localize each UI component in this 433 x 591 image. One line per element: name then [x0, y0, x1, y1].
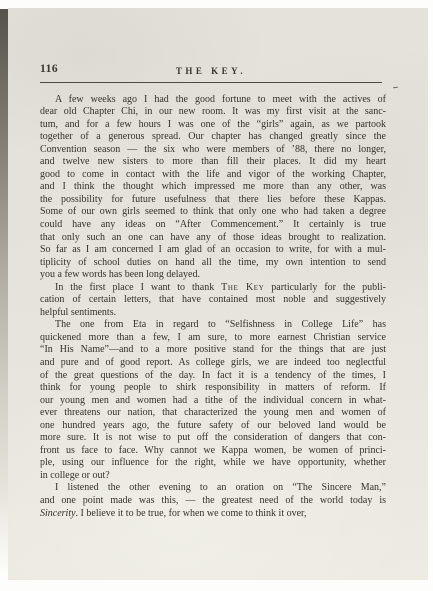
text-line: front us face to face. Why cannot we Kap… — [40, 445, 386, 458]
text-line: Sincerity. I believe it to be true, for … — [40, 508, 386, 521]
text-line: cation of certain letters, that have con… — [40, 294, 386, 307]
text-segment: that only such an one can have any of th… — [40, 232, 386, 243]
scanned-book-page-screenshot: 116 THE KEY. A few weeks ago I had the g… — [0, 0, 433, 591]
text-line: helpful sentiments. — [40, 307, 386, 320]
text-line: and one point made was this, — the great… — [40, 495, 386, 508]
text-line: that only such an one can have any of th… — [40, 232, 386, 245]
text-segment: ever threatens our nation, that characte… — [40, 407, 386, 418]
text-line: ever threatens our nation, that characte… — [40, 407, 386, 420]
italic-text: Sincerity — [40, 508, 76, 519]
text-line: our young men and women had a tithe of t… — [40, 395, 386, 408]
text-line: A few weeks ago I had the good fortune t… — [40, 94, 386, 107]
text-line: dear old Chapter Chi, in our new room. I… — [40, 106, 386, 119]
text-segment: the possibility for future usefulness th… — [40, 194, 386, 205]
text-line: the possibility for future usefulness th… — [40, 194, 386, 207]
text-segment: one hundred years ago, the future safety… — [40, 420, 386, 431]
running-head-title: THE KEY. — [40, 66, 382, 76]
text-segment: ple, using our influence for the right, … — [40, 457, 386, 468]
text-segment: of the great questions of the day. In fa… — [40, 370, 386, 381]
text-segment: In the first place I want to thank — [55, 282, 221, 293]
text-segment: dear old Chapter Chi, in our new room. I… — [40, 106, 386, 117]
text-line: quickened more than a few, I am sure, to… — [40, 332, 386, 345]
text-segment: quickened more than a few, I am sure, to… — [40, 332, 386, 343]
text-line: in college or out? — [40, 470, 386, 483]
text-segment: So far as I am concerned I am glad of an… — [40, 244, 386, 255]
text-line: “In His Name”—and to a more positive sta… — [40, 344, 386, 357]
text-segment: I listened the other evening to an orati… — [55, 482, 386, 493]
text-segment: tum, and for a few hours I was one of th… — [40, 119, 386, 130]
text-segment: Convention season — the six who were mem… — [40, 144, 386, 155]
text-segment: think for young people to shirk responsi… — [40, 382, 386, 393]
text-line: together of a generous spread. Our chapt… — [40, 131, 386, 144]
text-line: In the first place I want to thank The K… — [40, 282, 386, 295]
body-text: A few weeks ago I had the good fortune t… — [40, 94, 386, 521]
text-line: one hundred years ago, the future safety… — [40, 420, 386, 433]
text-segment: front us face to face. Why cannot we Kap… — [40, 445, 386, 456]
text-segment: good to come in contact with the life an… — [40, 169, 386, 180]
text-segment: particularly for the publi- — [264, 282, 386, 293]
text-segment: and pure and of good report. As college … — [40, 357, 386, 368]
text-segment: tiplicity of school duties on hand all t… — [40, 257, 386, 268]
text-segment: together of a generous spread. Our chapt… — [40, 131, 386, 142]
text-line: think for young people to shirk responsi… — [40, 382, 386, 395]
text-line: So far as I am concerned I am glad of an… — [40, 244, 386, 257]
smallcaps-text: The Key — [221, 282, 264, 293]
text-line: tiplicity of school duties on hand all t… — [40, 257, 386, 270]
text-segment: A few weeks ago I had the good fortune t… — [55, 94, 386, 105]
text-segment: and one point made was this, — the great… — [40, 495, 386, 506]
text-line: Convention season — the six who were mem… — [40, 144, 386, 157]
text-segment: Some of our own girls seemed to think th… — [40, 206, 386, 217]
text-line: of the great questions of the day. In fa… — [40, 370, 386, 383]
text-segment: more sure. It is not wise to put off the… — [40, 432, 386, 443]
text-line: could have any ideas on “After Commencem… — [40, 219, 386, 232]
text-segment: The one from Eta in regard to “Selfishne… — [55, 319, 386, 330]
text-segment: “In His Name”—and to a more positive sta… — [40, 344, 386, 355]
text-line: you a few words has been long delayed. — [40, 269, 386, 282]
header-rule — [40, 82, 382, 83]
text-segment: cation of certain letters, that have con… — [40, 294, 386, 305]
text-line: Some of our own girls seemed to think th… — [40, 206, 386, 219]
text-segment: could have any ideas on “After Commencem… — [40, 219, 386, 230]
text-line: I listened the other evening to an orati… — [40, 482, 386, 495]
text-line: and I think the thought which impressed … — [40, 181, 386, 194]
text-segment: and twelve new sisters to more than fill… — [40, 156, 386, 167]
text-line: tum, and for a few hours I was one of th… — [40, 119, 386, 132]
text-segment: helpful sentiments. — [40, 307, 116, 318]
text-line: and twelve new sisters to more than fill… — [40, 156, 386, 169]
page-header: 116 THE KEY. — [40, 62, 382, 78]
text-segment: in college or out? — [40, 470, 110, 481]
text-line: The one from Eta in regard to “Selfishne… — [40, 319, 386, 332]
text-segment: . I believe it to be true, for when we c… — [76, 508, 307, 519]
text-line: good to come in contact with the life an… — [40, 169, 386, 182]
text-segment: and I think the thought which impressed … — [40, 181, 386, 192]
text-line: ple, using our influence for the right, … — [40, 457, 386, 470]
text-segment: you a few words has been long delayed. — [40, 269, 200, 280]
text-line: more sure. It is not wise to put off the… — [40, 432, 386, 445]
text-segment: our young men and women had a tithe of t… — [40, 395, 386, 406]
text-line: and pure and of good report. As college … — [40, 357, 386, 370]
book-spine-shadow — [0, 9, 8, 575]
